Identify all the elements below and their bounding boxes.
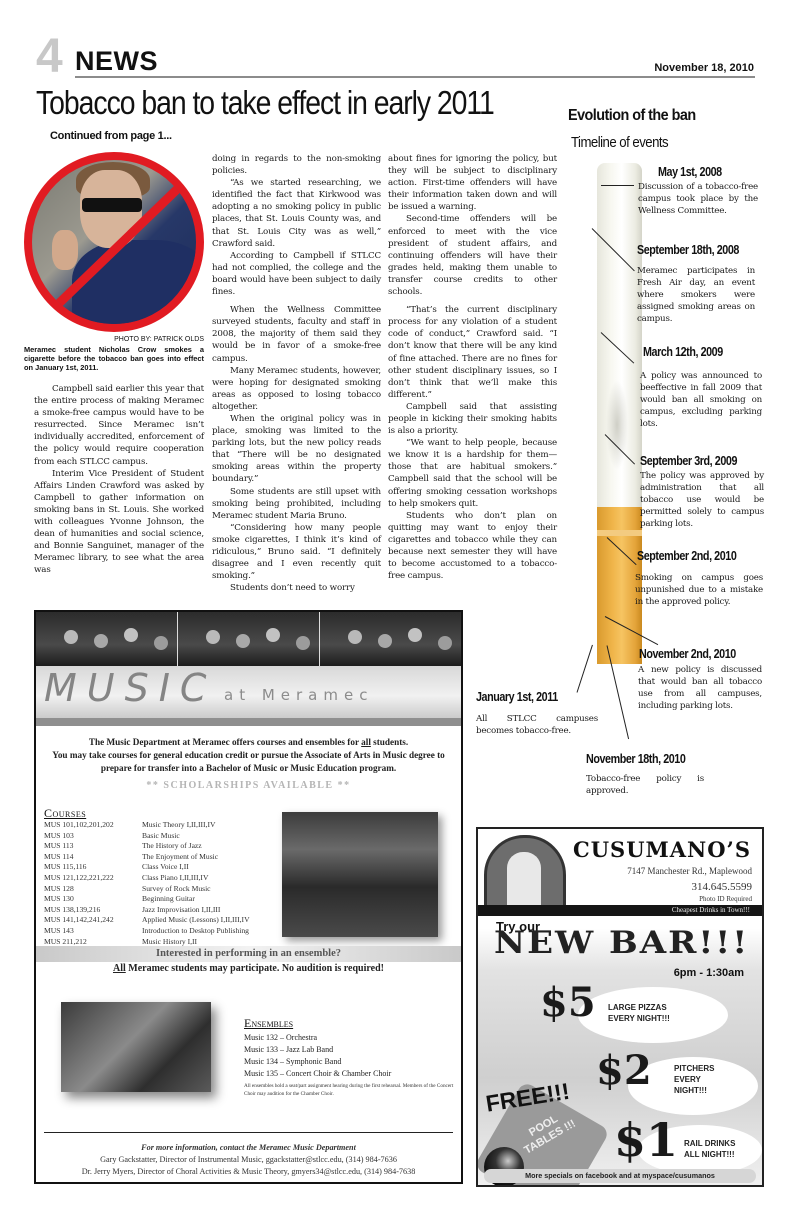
cigarette-logo bbox=[606, 380, 628, 470]
ensembles-list: Music 132 – Orchestra Music 133 – Jazz L… bbox=[244, 1032, 391, 1080]
paragraph: “That’s the current disciplinary process… bbox=[388, 304, 557, 401]
timeline-title: Evolution of the ban bbox=[568, 107, 696, 125]
timeline-text: Smoking on campus goes unpunished due to… bbox=[635, 572, 763, 608]
course-row: MUS 143Introduction to Desktop Publishin… bbox=[44, 926, 284, 937]
deal-text: PITCHERSEVERYNIGHT!!! bbox=[674, 1063, 714, 1096]
photo-hand bbox=[52, 230, 78, 270]
course-row: MUS 103Basic Music bbox=[44, 831, 284, 842]
course-code: MUS 103 bbox=[44, 831, 142, 842]
course-code: MUS 128 bbox=[44, 884, 142, 895]
ensembles-note: All ensembles hold a seat/part assignmen… bbox=[244, 1083, 456, 1098]
paragraph: Many Meramec students, however, were hop… bbox=[212, 365, 381, 413]
section-title: NEWS bbox=[75, 47, 158, 75]
course-row: MUS 128Survey of Rock Music bbox=[44, 884, 284, 895]
paragraph: Students who don’t plan on quitting may … bbox=[388, 510, 557, 583]
tagline: Cheapest Drinks in Town!!! bbox=[672, 906, 750, 914]
deal-line: LARGE PIZZAS bbox=[608, 1002, 670, 1013]
paragraph: Second-time offenders will be enforced t… bbox=[388, 213, 557, 298]
deal-line: RAIL DRINKS bbox=[684, 1138, 735, 1149]
course-row: MUS 114The Enjoyment of Music bbox=[44, 852, 284, 863]
course-code: MUS 121,122,221,222 bbox=[44, 873, 142, 884]
course-row: MUS 101,102,201,202Music Theory I,II,III… bbox=[44, 820, 284, 831]
timeline-text: The policy was approved by administratio… bbox=[640, 470, 764, 530]
course-name: Class Voice I,II bbox=[142, 862, 189, 873]
course-row: MUS 130Beginning Guitar bbox=[44, 894, 284, 905]
deal-price: $5 bbox=[540, 979, 596, 1026]
article-column-1: Campbell said earlier this year that the… bbox=[34, 383, 204, 577]
bartender-logo-icon bbox=[484, 835, 566, 915]
course-name: The History of Jazz bbox=[142, 841, 202, 852]
leader-line bbox=[601, 185, 634, 186]
timeline-text: All STLCC campuses becomes tobacco-free. bbox=[476, 713, 598, 737]
course-code: MUS 101,102,201,202 bbox=[44, 820, 142, 831]
paragraph: According to Campbell if STLCC had not c… bbox=[212, 250, 381, 298]
course-code: MUS 141,142,241,242 bbox=[44, 915, 142, 926]
deal-line: ALL NIGHT!!! bbox=[684, 1149, 735, 1160]
music-department-ad: MUSIC at Meramec The Music Department at… bbox=[34, 610, 463, 1184]
photo-caption: Meramec student Nicholas Crow smokes a c… bbox=[24, 345, 204, 372]
photo-jacket bbox=[72, 240, 204, 332]
course-name: Music Theory I,II,III,IV bbox=[142, 820, 215, 831]
course-code: MUS 114 bbox=[44, 852, 142, 863]
invite-emphasis: All bbox=[113, 963, 126, 974]
course-name: Survey of Rock Music bbox=[142, 884, 211, 895]
choir-photo bbox=[282, 812, 438, 937]
header-rule bbox=[75, 76, 755, 78]
course-row: MUS 141,142,241,242Applied Music (Lesson… bbox=[44, 915, 284, 926]
music-subtitle: at Meramec bbox=[224, 686, 373, 704]
timeline-date: November 2nd, 2010 bbox=[639, 647, 736, 661]
ensemble-item: Music 134 – Symphonic Band bbox=[244, 1056, 391, 1068]
course-name: Basic Music bbox=[142, 831, 180, 842]
scholarships-note: ** SCHOLARSHIPS AVAILABLE ** bbox=[36, 780, 461, 791]
course-row: MUS 138,139,216Jazz Improvisation I,II,I… bbox=[44, 905, 284, 916]
photo-credit: PHOTO BY: PATRICK OLDS bbox=[24, 336, 204, 343]
timeline-date: November 18th, 2010 bbox=[586, 752, 685, 766]
paragraph: When the Wellness Committee surveyed stu… bbox=[212, 304, 381, 364]
page-number: 4 bbox=[36, 34, 63, 80]
bar-name: CUSUMANO’S bbox=[573, 837, 751, 862]
bar-address: 7147 Manchester Rd., Maplewood bbox=[627, 866, 752, 876]
instrument-photo bbox=[61, 1002, 211, 1092]
timeline-text: Meramec participates in Fresh Air day, a… bbox=[637, 265, 755, 325]
contact-info: For more information, contact the Merame… bbox=[36, 1142, 461, 1178]
timeline-text: A new policy is discussed that would ban… bbox=[638, 664, 762, 712]
course-code: MUS 138,139,216 bbox=[44, 905, 142, 916]
contact-line: Dr. Jerry Myers, Director of Choral Acti… bbox=[36, 1166, 461, 1178]
deal-text: RAIL DRINKSALL NIGHT!!! bbox=[684, 1138, 735, 1160]
ensemble-question: Interested in performing in an ensemble? bbox=[36, 948, 461, 959]
cigarette-filter-band bbox=[597, 530, 642, 536]
paragraph: “As we started researching, we identifie… bbox=[212, 177, 381, 250]
courses-list: MUS 101,102,201,202Music Theory I,II,III… bbox=[44, 820, 284, 947]
music-intro: The Music Department at Meramec offers c… bbox=[40, 736, 457, 775]
intro-emphasis: all bbox=[361, 737, 371, 747]
course-row: MUS 121,122,221,222Class Piano I,II,III,… bbox=[44, 873, 284, 884]
contact-lead: For more information, contact the Merame… bbox=[36, 1142, 461, 1154]
paragraph: about fines for ignoring the policy, but… bbox=[388, 153, 557, 213]
deal-price: $1 bbox=[614, 1113, 678, 1167]
timeline-subtitle: Timeline of events bbox=[571, 134, 668, 151]
ensemble-item: Music 132 – Orchestra bbox=[244, 1032, 391, 1044]
course-code: MUS 143 bbox=[44, 926, 142, 937]
course-name: Beginning Guitar bbox=[142, 894, 195, 905]
course-name: Applied Music (Lessons) I,II,III,IV bbox=[142, 915, 250, 926]
deal-line: NIGHT!!! bbox=[674, 1085, 714, 1096]
divider bbox=[44, 1132, 453, 1133]
new-bar-title: NEW BAR!!! bbox=[494, 925, 749, 961]
timeline-date: January 1st, 2011 bbox=[476, 690, 558, 704]
article-column-3: about fines for ignoring the policy, but… bbox=[388, 153, 557, 582]
intro-text: You may take courses for general educati… bbox=[52, 750, 445, 773]
id-note: Photo ID Required bbox=[699, 895, 752, 903]
timeline-text: Tobacco-free policy is approved. bbox=[586, 773, 704, 797]
course-code: MUS 113 bbox=[44, 841, 142, 852]
deal-line: EVERY bbox=[674, 1074, 714, 1085]
course-code: MUS 115,116 bbox=[44, 862, 142, 873]
article-column-2: doing in regards to the non-smoking poli… bbox=[212, 153, 381, 594]
ensemble-photo-strip bbox=[36, 612, 461, 666]
music-title: MUSIC bbox=[44, 666, 216, 710]
timeline-date: May 1st, 2008 bbox=[658, 165, 722, 179]
course-name: Introduction to Desktop Publishing bbox=[142, 926, 249, 937]
article-headline: Tobacco ban to take effect in early 2011 bbox=[36, 83, 494, 123]
deal-price: $2 bbox=[596, 1047, 652, 1094]
paragraph: doing in regards to the non-smoking poli… bbox=[212, 153, 381, 177]
issue-date: November 18, 2010 bbox=[654, 62, 754, 74]
paragraph: “Considering how many people smoke cigar… bbox=[212, 522, 381, 582]
continued-note: Continued from page 1... bbox=[50, 130, 172, 142]
specials-footer: More specials on facebook and at myspace… bbox=[484, 1169, 756, 1183]
timeline-date: March 12th, 2009 bbox=[643, 345, 723, 359]
deal-line: EVERY NIGHT!!! bbox=[608, 1013, 670, 1024]
ensemble-invite: All Meramec students may participate. No… bbox=[36, 963, 461, 974]
course-name: Jazz Improvisation I,II,III bbox=[142, 905, 220, 916]
course-name: The Enjoyment of Music bbox=[142, 852, 218, 863]
deal-line: PITCHERS bbox=[674, 1063, 714, 1074]
paragraph: When the original policy was in place, s… bbox=[212, 413, 381, 486]
timeline-date: September 3rd, 2009 bbox=[640, 454, 737, 468]
photo-sunglasses bbox=[82, 198, 142, 212]
timeline-date: September 2nd, 2010 bbox=[637, 549, 736, 563]
course-code: MUS 130 bbox=[44, 894, 142, 905]
cusumanos-ad: CUSUMANO’S 7147 Manchester Rd., Maplewoo… bbox=[476, 827, 764, 1187]
ensemble-item: Music 135 – Concert Choir & Chamber Choi… bbox=[244, 1068, 391, 1080]
deal-text: LARGE PIZZASEVERY NIGHT!!! bbox=[608, 1002, 670, 1024]
invite-text: Meramec students may participate. No aud… bbox=[126, 963, 384, 974]
intro-text: students. bbox=[371, 737, 408, 747]
course-name: Class Piano I,II,III,IV bbox=[142, 873, 208, 884]
paragraph: Campbell said that assisting people in k… bbox=[388, 401, 557, 437]
paragraph: Students don’t need to worry bbox=[212, 582, 381, 594]
timeline-date: September 18th, 2008 bbox=[637, 243, 739, 257]
paragraph: Some students are still upset with smoki… bbox=[212, 486, 381, 522]
ensembles-heading: Ensembles bbox=[244, 1016, 293, 1031]
timeline-text: A policy was announced to beeffective in… bbox=[640, 370, 762, 430]
paragraph: “We want to help people, because we know… bbox=[388, 437, 557, 510]
intro-text: The Music Department at Meramec offers c… bbox=[89, 737, 361, 747]
course-row: MUS 115,116Class Voice I,II bbox=[44, 862, 284, 873]
paragraph: Campbell said earlier this year that the… bbox=[34, 383, 204, 468]
leader-line bbox=[577, 645, 593, 693]
article-photo bbox=[24, 152, 204, 332]
paragraph: Interim Vice President of Student Affair… bbox=[34, 468, 204, 577]
timeline-text: Discussion of a tobacco-free campus took… bbox=[638, 181, 758, 217]
courses-heading: Courses bbox=[44, 806, 86, 821]
course-row: MUS 113The History of Jazz bbox=[44, 841, 284, 852]
bar-phone: 314.645.5599 bbox=[692, 881, 753, 893]
bar-hours: 6pm - 1:30am bbox=[674, 967, 744, 979]
ensemble-item: Music 133 – Jazz Lab Band bbox=[244, 1044, 391, 1056]
contact-line: Gary Gackstatter, Director of Instrument… bbox=[36, 1154, 461, 1166]
